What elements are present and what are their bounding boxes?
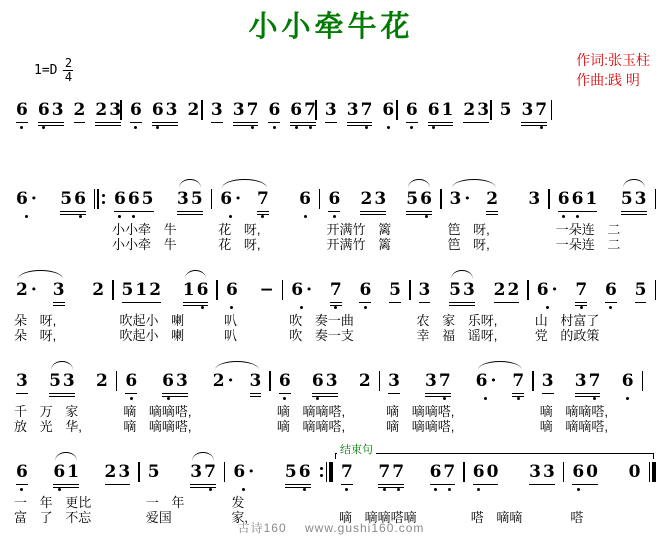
note-digits: 6· xyxy=(536,280,559,300)
barline-repeat-open xyxy=(94,189,106,209)
footer: 古诗160 www.gushi160.com xyxy=(0,519,662,536)
note-digit: 5 xyxy=(141,189,155,209)
notes-row: 3376·7 xyxy=(383,359,529,404)
note-digit: 3 xyxy=(249,371,263,391)
note-group: 56 xyxy=(59,189,87,215)
note-digit: 6· xyxy=(290,280,313,300)
low-octave-dot xyxy=(132,215,135,218)
note-digits: 33 xyxy=(528,462,556,482)
slur-arc: 56 xyxy=(405,189,433,215)
time-signature-top: 2 xyxy=(65,58,72,69)
song-title: 小小牵牛花 xyxy=(0,4,662,45)
notes-row: 6·56 xyxy=(228,450,315,495)
lyric-line-1: 笆 呀, xyxy=(445,222,546,237)
note-digit: 7 xyxy=(256,189,270,209)
lyric-line-1: 一 年 更比 xyxy=(11,495,135,510)
note-group: 56 xyxy=(405,189,433,215)
lyric-line-2: 嘀 嘀嘀嗒, xyxy=(274,419,376,434)
repeat-dots xyxy=(320,467,323,477)
note-digits: 56 xyxy=(405,189,433,209)
note-digit: 6· xyxy=(475,371,498,391)
slur-arc: 37 xyxy=(189,462,217,488)
notes-row: 2·32 xyxy=(11,268,109,313)
low-octave-dot xyxy=(576,215,579,218)
note-digits: 5 xyxy=(147,462,161,482)
lyric-line-2: 叭 xyxy=(221,328,279,343)
low-octave-dot xyxy=(309,126,312,129)
slur-arc: 2·3 xyxy=(15,280,66,306)
note-group: 63 xyxy=(151,100,179,126)
ending-section: 结束句77767嘀 嘀嘀嗒嘀6033嗒 嘀嘀600嗒 xyxy=(333,450,656,525)
note-digit: 5 xyxy=(634,280,648,300)
note-digit: 6· xyxy=(536,280,559,300)
slur-arc: 6·7 xyxy=(475,371,526,397)
note-group: 2· xyxy=(15,280,38,306)
note-digit: 1 xyxy=(134,280,148,300)
note-group: 665 xyxy=(113,189,155,215)
note-digit: 7 xyxy=(588,371,602,391)
note-group: 6 xyxy=(124,371,138,397)
lyric-line-1: 一朵连 二 xyxy=(553,222,652,237)
low-octave-dot xyxy=(546,306,549,309)
note-digits: 2 xyxy=(95,371,109,391)
note-digit: 6 xyxy=(129,100,143,120)
measure: 3376嘀 嘀嘀嗒,嘀 嘀嘀嗒, xyxy=(534,359,642,434)
note-group: 6 xyxy=(267,100,281,126)
low-octave-dot xyxy=(42,126,45,129)
note-digit: 6 xyxy=(604,280,618,300)
low-octave-dot xyxy=(448,488,451,491)
note-group: 3 xyxy=(418,280,432,306)
note-digits: 6· xyxy=(219,189,242,209)
note-digit: 1 xyxy=(584,189,598,209)
lyric-line-1: 嘀 嘀嘀嗒, xyxy=(537,404,639,419)
notes-row: 66123 xyxy=(401,88,487,133)
note-digit: 3 xyxy=(325,371,339,391)
notes-row: 663223 xyxy=(11,88,117,133)
note-digit: 3 xyxy=(165,100,179,120)
note-digits: 2 xyxy=(187,100,201,120)
note-digit: 3 xyxy=(52,280,66,300)
note-digit: 6 xyxy=(73,189,87,209)
note-digits: − xyxy=(259,280,275,300)
note-digit: 2· xyxy=(212,371,235,391)
note-digit: 1 xyxy=(182,280,196,300)
notes-row: 6·76 xyxy=(215,177,316,222)
note-group: 63 xyxy=(161,371,189,397)
note-group: 61 xyxy=(427,100,455,126)
lyric-line-1 xyxy=(11,222,91,237)
notes-row: 537 xyxy=(495,88,548,133)
note-group: 6 xyxy=(621,371,635,397)
note-digits: 67 xyxy=(289,100,317,120)
note-group: 6 xyxy=(278,371,292,397)
note-digit: 6 xyxy=(15,462,29,482)
rest: 0 xyxy=(628,462,642,482)
note-group: 6 xyxy=(358,280,372,306)
measure: 62356开满竹 篱开满竹 篱 xyxy=(320,177,440,252)
dotted-note-dot: · xyxy=(28,189,37,209)
bar-line xyxy=(655,280,657,300)
note-digit: 6 xyxy=(571,462,585,482)
low-octave-dot xyxy=(345,488,348,491)
note-group: 3 xyxy=(15,371,29,397)
note-digit: 6· xyxy=(15,189,38,209)
note-digits: 7 xyxy=(511,371,525,391)
note-digit: 1 xyxy=(66,462,80,482)
note-group: 661 xyxy=(557,189,599,215)
note-group: 37 xyxy=(189,462,217,488)
note-digits: 53 xyxy=(620,189,648,209)
lyric-line-2: 朵 呀, xyxy=(11,328,109,343)
note-digits: 37 xyxy=(424,371,452,391)
note-digit: 7 xyxy=(203,462,217,482)
note-digits: 2· xyxy=(212,371,235,391)
note-digits: 23 xyxy=(104,462,132,482)
notes-row: 3·23 xyxy=(445,177,546,222)
lyric-line-1: 吹起小 喇 xyxy=(117,313,214,328)
note-group: 37 xyxy=(424,371,452,397)
note-group: 3 xyxy=(210,100,224,126)
measure: 3376 xyxy=(317,88,396,133)
low-octave-dot xyxy=(300,306,303,309)
lyric-line-1: 农 家 乐呀, xyxy=(414,313,525,328)
measure: 600嗒 xyxy=(564,450,648,525)
note-digit: 6 xyxy=(267,100,281,120)
note-digits: 6· xyxy=(232,462,255,482)
lyric-line-2: 嘀 嘀嘀嗒, xyxy=(120,419,266,434)
notes-row: 66535 xyxy=(109,177,208,222)
note-group: 6· xyxy=(475,371,498,397)
notes-row: 6− xyxy=(221,268,279,313)
note-digits: 5 xyxy=(499,100,513,120)
note-group: 35 xyxy=(176,189,204,215)
note-digits: 6· xyxy=(290,280,313,300)
note-digits: 2 xyxy=(485,189,499,209)
slur-arc: 53 xyxy=(448,280,476,306)
notes-row: 337667 xyxy=(206,88,312,133)
note-group: 5 xyxy=(499,100,513,126)
note-group: 37 xyxy=(574,371,602,397)
lyric-line-1 xyxy=(336,495,460,510)
notes-row: 3376 xyxy=(320,88,393,133)
slur-arc: 16 xyxy=(182,280,210,306)
time-signature-bottom: 4 xyxy=(65,72,72,83)
low-octave-dot xyxy=(425,215,428,218)
note-digits: 6· xyxy=(475,371,498,391)
note-group: 7 xyxy=(511,371,525,397)
note-digit: 5 xyxy=(448,280,462,300)
low-octave-dot xyxy=(79,215,82,218)
bar-line xyxy=(642,371,644,391)
note-digits: 63 xyxy=(311,371,339,391)
note-group: 7 xyxy=(340,462,354,488)
lyric-line-1: 山 村富了 xyxy=(532,313,652,328)
lyric-line-2: 嘀 嘀嘀嗒, xyxy=(383,419,529,434)
low-octave-dot xyxy=(609,306,612,309)
note-digits: 37 xyxy=(520,100,548,120)
note-digit: 6 xyxy=(311,371,325,391)
note-group: 53 xyxy=(448,280,476,306)
note-group: 7 xyxy=(256,189,270,215)
measure: 3532千 万 家放 光 华, xyxy=(8,359,116,434)
note-digits: 6 xyxy=(381,100,395,120)
note-digits: 37 xyxy=(232,100,260,120)
note-digit: 2· xyxy=(15,280,38,300)
low-octave-dot xyxy=(580,306,583,309)
sheet-music-page: 小小牵牛花 1=D 2 4 作词:张玉柱 作曲:践 明 663223663233… xyxy=(0,0,662,548)
note-group: 23 xyxy=(462,100,490,126)
music-system: 66123一 年 更比富 了 不忘537一 年爱国6·56发家,结束句77767… xyxy=(8,450,656,525)
note-digit: 6 xyxy=(161,371,175,391)
measure: 51216吹起小 喇吹起小 喇 xyxy=(114,268,217,343)
note-digits: 2· xyxy=(15,280,38,300)
note-digits: 63 xyxy=(161,371,189,391)
barline-single xyxy=(551,100,553,120)
low-octave-dot xyxy=(130,397,133,400)
note-group: 67 xyxy=(289,100,317,126)
note-digits: 56 xyxy=(284,462,312,482)
notes-row: 6632 xyxy=(274,359,376,404)
music-system: 3532千 万 家放 光 华,6632·3嘀 嘀嘀嗒,嘀 嘀嘀嗒,6632嘀 嘀… xyxy=(8,359,643,434)
note-digit: 6 xyxy=(113,189,127,209)
lyric-line-1: 嘀 嘀嘀嗒, xyxy=(120,404,266,419)
lyric-line-2 xyxy=(11,237,91,252)
note-group: 6 xyxy=(225,280,239,306)
measure: 6632 xyxy=(122,88,201,133)
note-digits: 61 xyxy=(52,462,80,482)
note-digits: 3 xyxy=(52,280,66,300)
low-octave-dot xyxy=(242,488,245,491)
measure: 66153一朵连 二一朵连 二 xyxy=(550,177,655,252)
low-octave-dot xyxy=(365,126,368,129)
note-digit: 3 xyxy=(424,371,438,391)
note-group: 0 xyxy=(628,462,642,488)
note-digit: 6 xyxy=(278,371,292,391)
lyric-line-2: 党 的政策 xyxy=(532,328,652,343)
low-octave-dot xyxy=(387,126,390,129)
note-digit: 2 xyxy=(462,100,476,120)
slur-arc: 3·2 xyxy=(449,189,500,215)
note-group: 3 xyxy=(249,371,263,397)
note-digit: 7 xyxy=(534,100,548,120)
notes-row: 537 xyxy=(143,450,221,495)
measure: 6−叭叭 xyxy=(218,268,282,343)
note-digits: 37 xyxy=(574,371,602,391)
note-digit: 6 xyxy=(298,189,312,209)
note-group: 2 xyxy=(73,100,87,126)
note-digit: 2 xyxy=(104,462,118,482)
lyric-line-1: 叭 xyxy=(221,313,279,328)
note-digit: 6 xyxy=(196,280,210,300)
note-digit: 6· xyxy=(232,462,255,482)
note-digits: 2 xyxy=(73,100,87,120)
note-digit: 3 xyxy=(175,371,189,391)
lyric-line-1: 一 年 xyxy=(143,495,221,510)
note-digits: 661 xyxy=(557,189,599,209)
note-digits: 6 xyxy=(604,280,618,300)
notes-row: 6632 xyxy=(125,88,198,133)
note-digit: 3 xyxy=(210,100,224,120)
note-digit: 6 xyxy=(15,100,29,120)
note-digit: 2 xyxy=(493,280,507,300)
lyric-line-2: 吹起小 喇 xyxy=(117,328,214,343)
note-group: 33 xyxy=(528,462,556,488)
note-digits: 37 xyxy=(346,100,374,120)
notes-row: 6632·3 xyxy=(120,359,266,404)
measure: 6632·3嘀 嘀嘀嗒,嘀 嘀嘀嗒, xyxy=(117,359,269,434)
note-digit: 3 xyxy=(541,371,555,391)
measure: 3·23笆 呀,笆 呀, xyxy=(442,177,549,252)
bar-line xyxy=(326,462,328,482)
note-digits: 6 xyxy=(15,100,29,120)
low-octave-dot xyxy=(577,488,580,491)
note-digit: 7 xyxy=(303,100,317,120)
note-digits: 3 xyxy=(15,371,29,391)
low-octave-dot xyxy=(20,126,23,129)
lyric-line-1: 小小牵 牛 xyxy=(109,222,208,237)
bar-line xyxy=(655,189,657,209)
note-group: 23 xyxy=(94,100,122,126)
note-digits: 3 xyxy=(541,371,555,391)
note-digits: 512 xyxy=(121,280,163,300)
low-octave-dot xyxy=(118,215,121,218)
note-digits: 6 xyxy=(358,280,372,300)
low-octave-dot xyxy=(229,215,232,218)
note-digits: 7 xyxy=(256,189,270,209)
note-digit: 6 xyxy=(151,100,165,120)
dotted-note-dot: · xyxy=(303,280,312,300)
note-digits: 3 xyxy=(210,100,224,120)
note-digit: 7 xyxy=(360,100,374,120)
barline-single xyxy=(642,371,644,391)
note-digit: 7 xyxy=(340,462,354,482)
score-area: 66322366323376673376661235376·5666535小小牵… xyxy=(8,88,656,541)
measure: 66535小小牵 牛小小牵 牛 xyxy=(106,177,211,252)
note-group: 2 xyxy=(485,189,499,215)
low-octave-dot xyxy=(540,126,543,129)
note-group: 7 xyxy=(574,280,588,306)
low-octave-dot xyxy=(334,306,337,309)
barline-single xyxy=(655,280,657,300)
note-digits: 2 xyxy=(358,371,372,391)
note-digit: 6 xyxy=(381,100,395,120)
note-digit: 5 xyxy=(388,280,402,300)
note-digit: 3 xyxy=(462,280,476,300)
repeat-dots xyxy=(102,194,105,204)
slur-arc: 6·7 xyxy=(219,189,270,215)
low-octave-dot xyxy=(230,306,233,309)
measure: 537 xyxy=(492,88,551,133)
note-digits: 61 xyxy=(427,100,455,120)
music-system: 6·5666535小小牵 牛小小牵 牛6·76花 呀,花 呀,62356开满竹 … xyxy=(8,177,656,252)
note-digit: 6 xyxy=(557,189,571,209)
low-octave-dot xyxy=(261,215,264,218)
note-digit: 3 xyxy=(189,462,203,482)
note-digit: 5 xyxy=(190,189,204,209)
note-digits: 3 xyxy=(387,371,401,391)
bar-line xyxy=(97,189,99,209)
measure: 35322农 家 乐呀,幸 福 谣呀, xyxy=(411,268,528,343)
low-octave-dot xyxy=(303,488,306,491)
note-group: 2 xyxy=(95,371,109,397)
lyric-line-1: 嘀 嘀嘀嗒, xyxy=(274,404,376,419)
low-octave-dot xyxy=(432,126,435,129)
lyric-line-1: 发 xyxy=(228,495,315,510)
note-digit: 1 xyxy=(441,100,455,120)
music-system: 2·32朵 呀,朵 呀,51216吹起小 喇吹起小 喇6−叭叭6·765吹 奏一… xyxy=(8,268,656,343)
lyric-line-1: 朵 呀, xyxy=(11,313,109,328)
note-digits: 60 xyxy=(472,462,500,482)
slur-arc: 35 xyxy=(176,189,204,215)
bar-line xyxy=(551,100,553,120)
lyric-line-2: 花 呀, xyxy=(215,237,316,252)
note-digit: 2 xyxy=(359,189,373,209)
note-digit: 3 xyxy=(117,462,131,482)
composer-credit: 作曲:践 明 xyxy=(576,70,650,90)
lyric-line-2: 放 光 华, xyxy=(11,419,113,434)
barline-final xyxy=(649,462,657,482)
low-octave-dot xyxy=(517,397,520,400)
dotted-note-dot: · xyxy=(549,280,558,300)
note-group: 37 xyxy=(346,100,374,126)
note-digits: 6 xyxy=(278,371,292,391)
note-group: 6 xyxy=(327,189,341,215)
rest: 0 xyxy=(486,462,500,482)
note-group: 6 xyxy=(405,100,419,126)
note-digit: 3 xyxy=(542,462,556,482)
measure: 6·765山 村富了党 的政策 xyxy=(529,268,655,343)
note-digits: 3 xyxy=(527,189,541,209)
barline-single xyxy=(655,189,657,209)
low-octave-dot xyxy=(316,397,319,400)
note-digit: 6 xyxy=(289,100,303,120)
note-digit: 3 xyxy=(634,189,648,209)
note-digit: 3 xyxy=(418,280,432,300)
note-group: 7 xyxy=(329,280,343,306)
note-digits: 23 xyxy=(359,189,387,209)
lyric-line-2: 笆 呀, xyxy=(445,237,546,252)
note-digits: 665 xyxy=(113,189,155,209)
note-digit: 3 xyxy=(108,100,122,120)
note-group: 6 xyxy=(129,100,143,126)
slur-arc: 53 xyxy=(620,189,648,215)
notes-row: 3376 xyxy=(537,359,639,404)
slur-arc: 61 xyxy=(52,462,80,488)
note-digit: 3 xyxy=(324,100,338,120)
dotted-note-dot: · xyxy=(225,371,234,391)
measure: 6033嗒 嘀嘀 xyxy=(465,450,563,525)
note-digits: 6 xyxy=(129,100,143,120)
note-group: 37 xyxy=(232,100,260,126)
notes-row: 6033 xyxy=(468,450,560,495)
note-digits: 63 xyxy=(37,100,65,120)
note-digits: 23 xyxy=(462,100,490,120)
note-group: 2 xyxy=(91,280,105,306)
note-digits: 6 xyxy=(267,100,281,120)
slur-arc: 53 xyxy=(48,371,76,397)
note-digits: 6· xyxy=(15,189,38,209)
note-digit: 6 xyxy=(327,189,341,209)
note-digit: 3· xyxy=(449,189,472,209)
low-octave-dot xyxy=(410,126,413,129)
note-group: 6 xyxy=(381,100,395,126)
note-digit: 3 xyxy=(176,189,190,209)
low-octave-dot xyxy=(201,306,204,309)
lyric-line-2: 开满竹 篱 xyxy=(323,237,437,252)
credits: 作词:张玉柱 作曲:践 明 xyxy=(576,50,650,90)
notes-row: 3532 xyxy=(11,359,113,404)
